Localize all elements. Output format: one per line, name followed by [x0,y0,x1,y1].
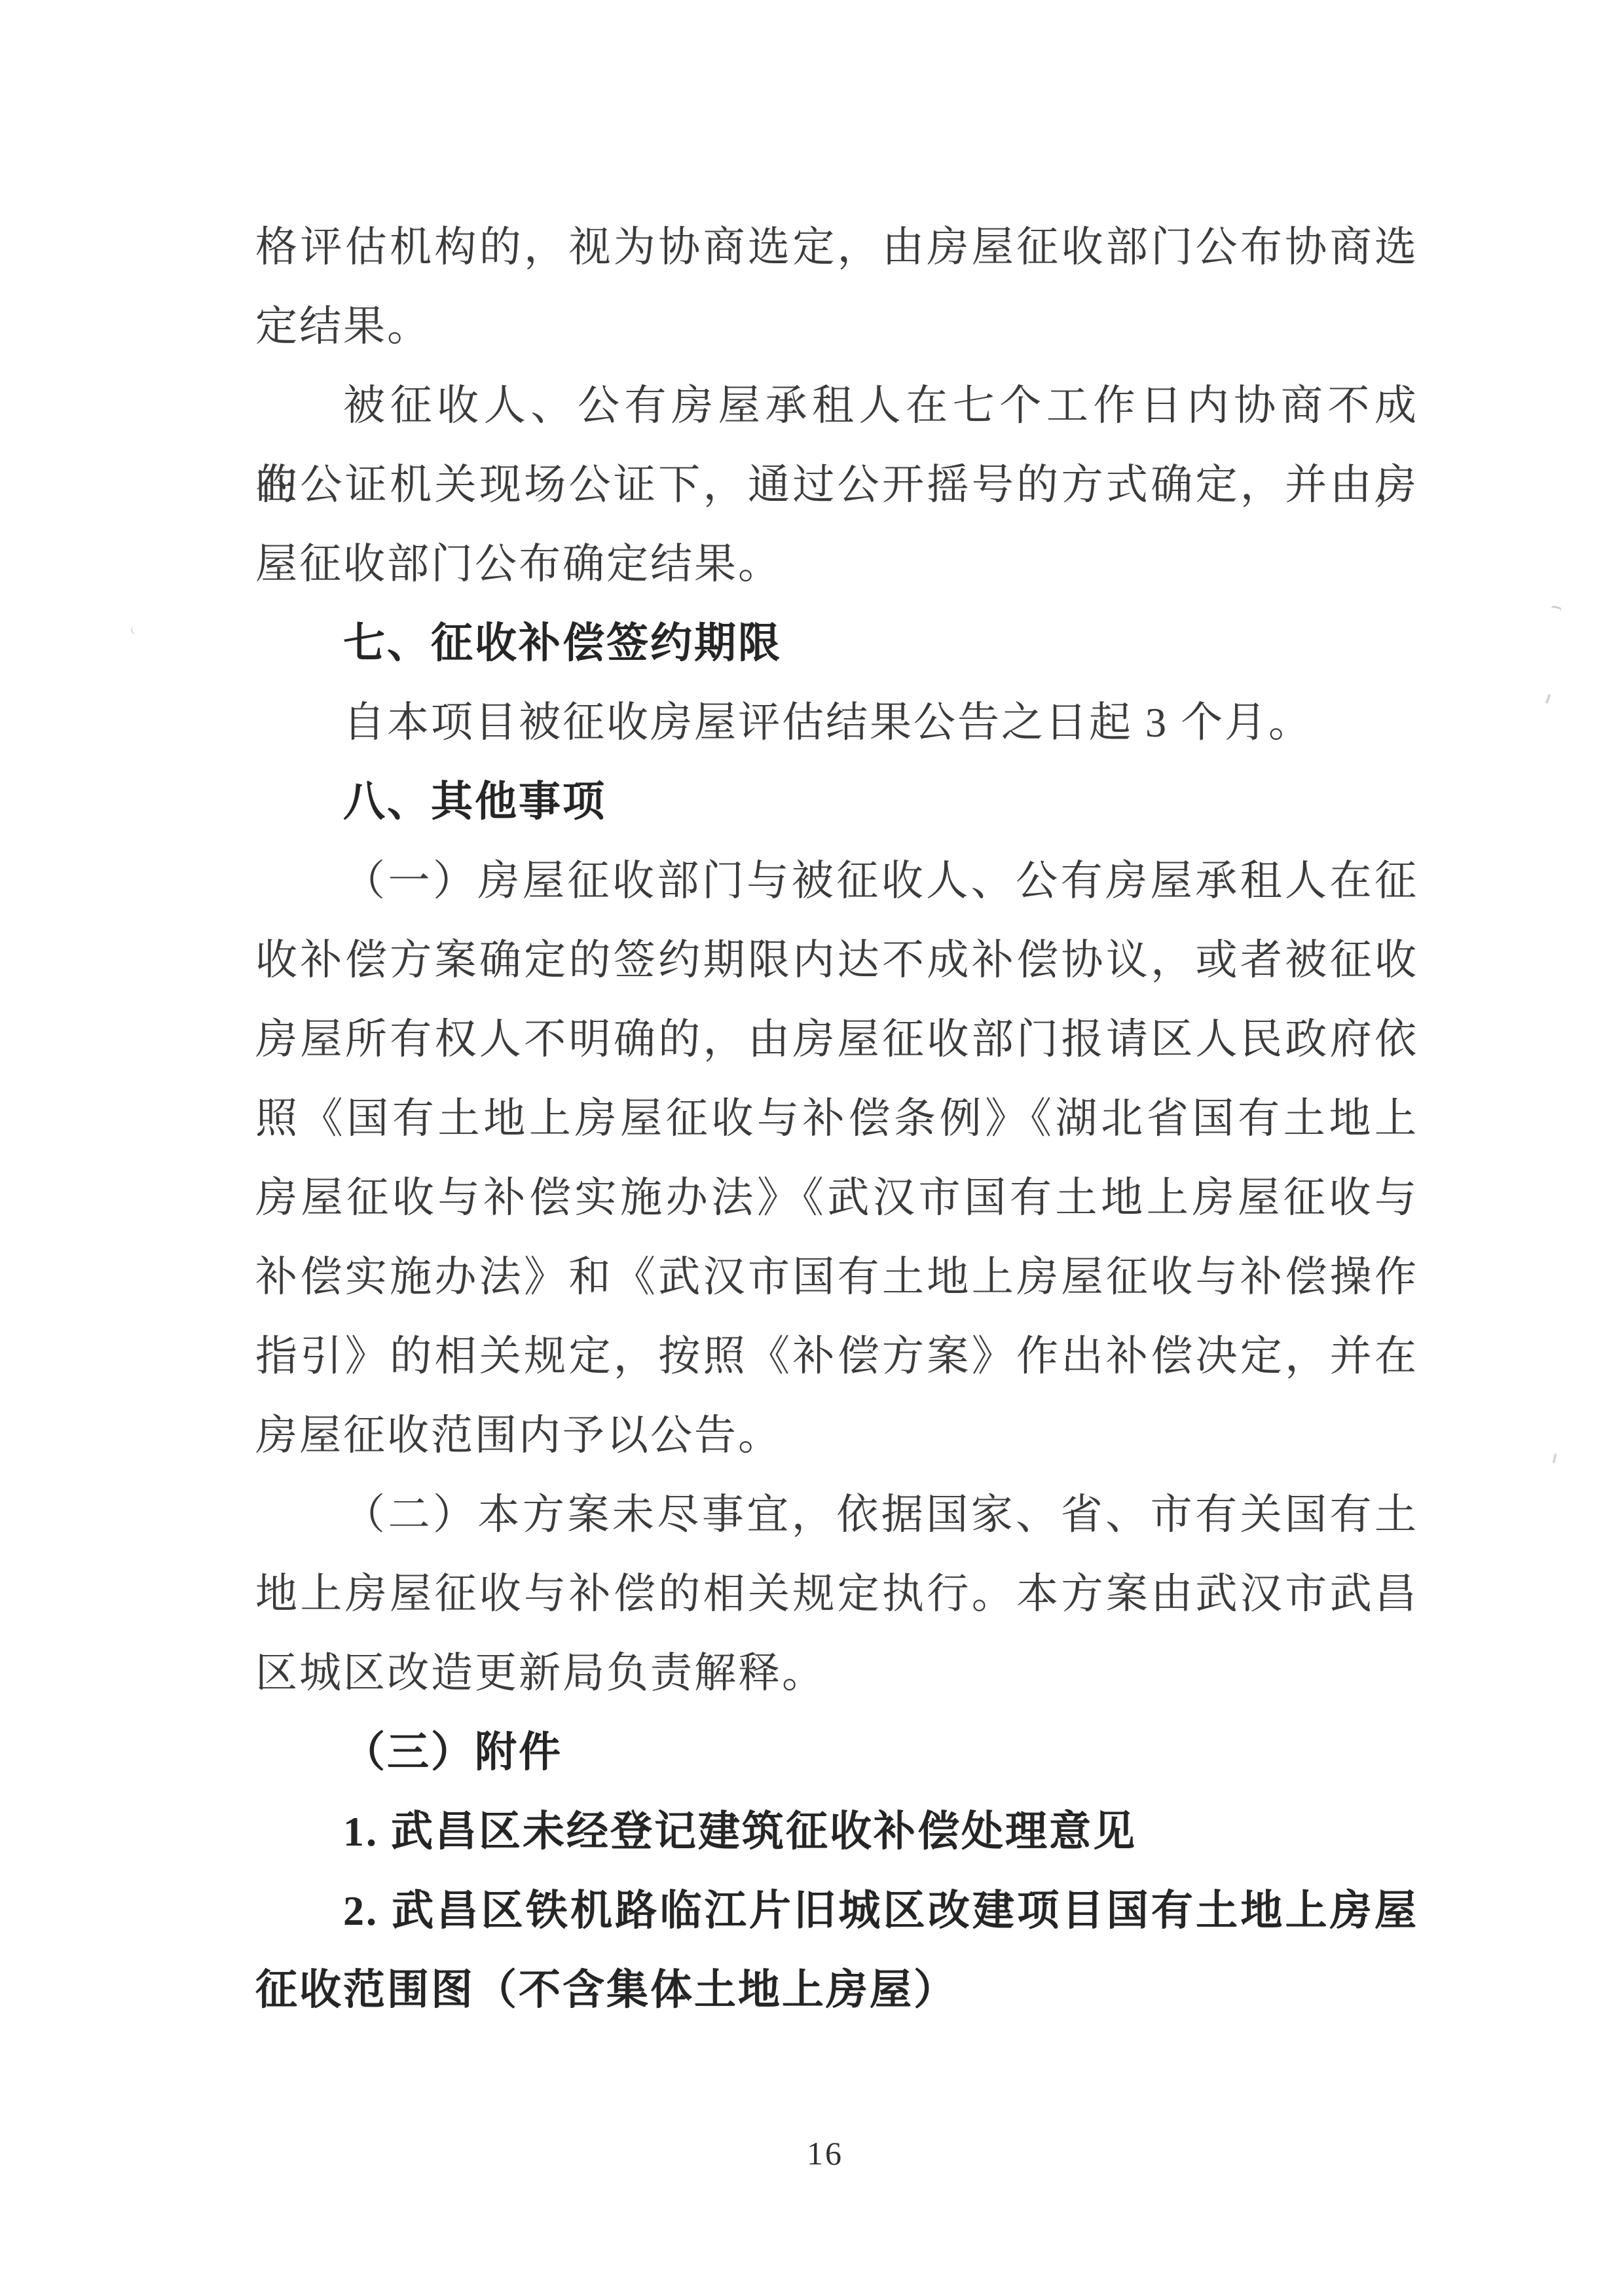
page-number: 16 [0,2134,1624,2172]
text-line: 补偿实施办法》和《武汉市国有土地上房屋征收与补偿操作 [255,1237,1418,1317]
document-page: 格评估机构的，视为协商选定，由房屋征收部门公布协商选 定结果。 被征收人、公有房… [0,0,1624,2296]
text-line: （二）本方案未尽事宜，依据国家、省、市有关国有土 [255,1475,1418,1554]
scan-artifact [1552,1453,1557,1464]
attachment-item-2-continued: 征收范围图（不含集体土地上房屋） [255,1950,1418,2030]
text-line: 屋征收部门公布确定结果。 [255,524,1418,604]
text-line: 区城区改造更新局负责解释。 [255,1633,1418,1713]
text-line: 指引》的相关规定，按照《补偿方案》作出补偿决定，并在 [255,1317,1418,1396]
text-line: 自本项目被征收房屋评估结果公告之日起 3 个月。 [255,683,1418,762]
text-line: 收补偿方案确定的签约期限内达不成补偿协议，或者被征收 [255,920,1418,1000]
text-line: 定结果。 [255,287,1418,366]
scan-artifact [130,625,139,634]
text-line: 房屋征收范围内予以公告。 [255,1396,1418,1475]
text-line: 照《国有土地上房屋征收与补偿条例》《湖北省国有土地上 [255,1079,1418,1158]
section-heading-seven: 七、征收补偿签约期限 [255,604,1418,683]
text-line: 在公证机关现场公证下，通过公开摇号的方式确定，并由房 [255,445,1418,524]
section-heading-eight: 八、其他事项 [255,762,1418,841]
scan-artifact [1545,694,1551,704]
scan-artifact [1550,605,1562,615]
text-line: 地上房屋征收与补偿的相关规定执行。本方案由武汉市武昌 [255,1554,1418,1633]
attachment-item-2: 2. 武昌区铁机路临江片旧城区改建项目国有土地上房屋 [255,1871,1418,1950]
attachment-item-1: 1. 武昌区未经登记建筑征收补偿处理意见 [255,1792,1418,1871]
text-line: 房屋所有权人不明确的，由房屋征收部门报请区人民政府依 [255,1000,1418,1079]
text-line: 格评估机构的，视为协商选定，由房屋征收部门公布协商选 [255,208,1418,287]
attachment-heading: （三）附件 [255,1713,1418,1792]
document-body: 格评估机构的，视为协商选定，由房屋征收部门公布协商选 定结果。 被征收人、公有房… [255,208,1418,2030]
text-line: 被征收人、公有房屋承租人在七个工作日内协商不成的， [255,366,1418,445]
text-line: （一）房屋征收部门与被征收人、公有房屋承租人在征 [255,841,1418,920]
text-line: 房屋征收与补偿实施办法》《武汉市国有土地上房屋征收与 [255,1158,1418,1237]
